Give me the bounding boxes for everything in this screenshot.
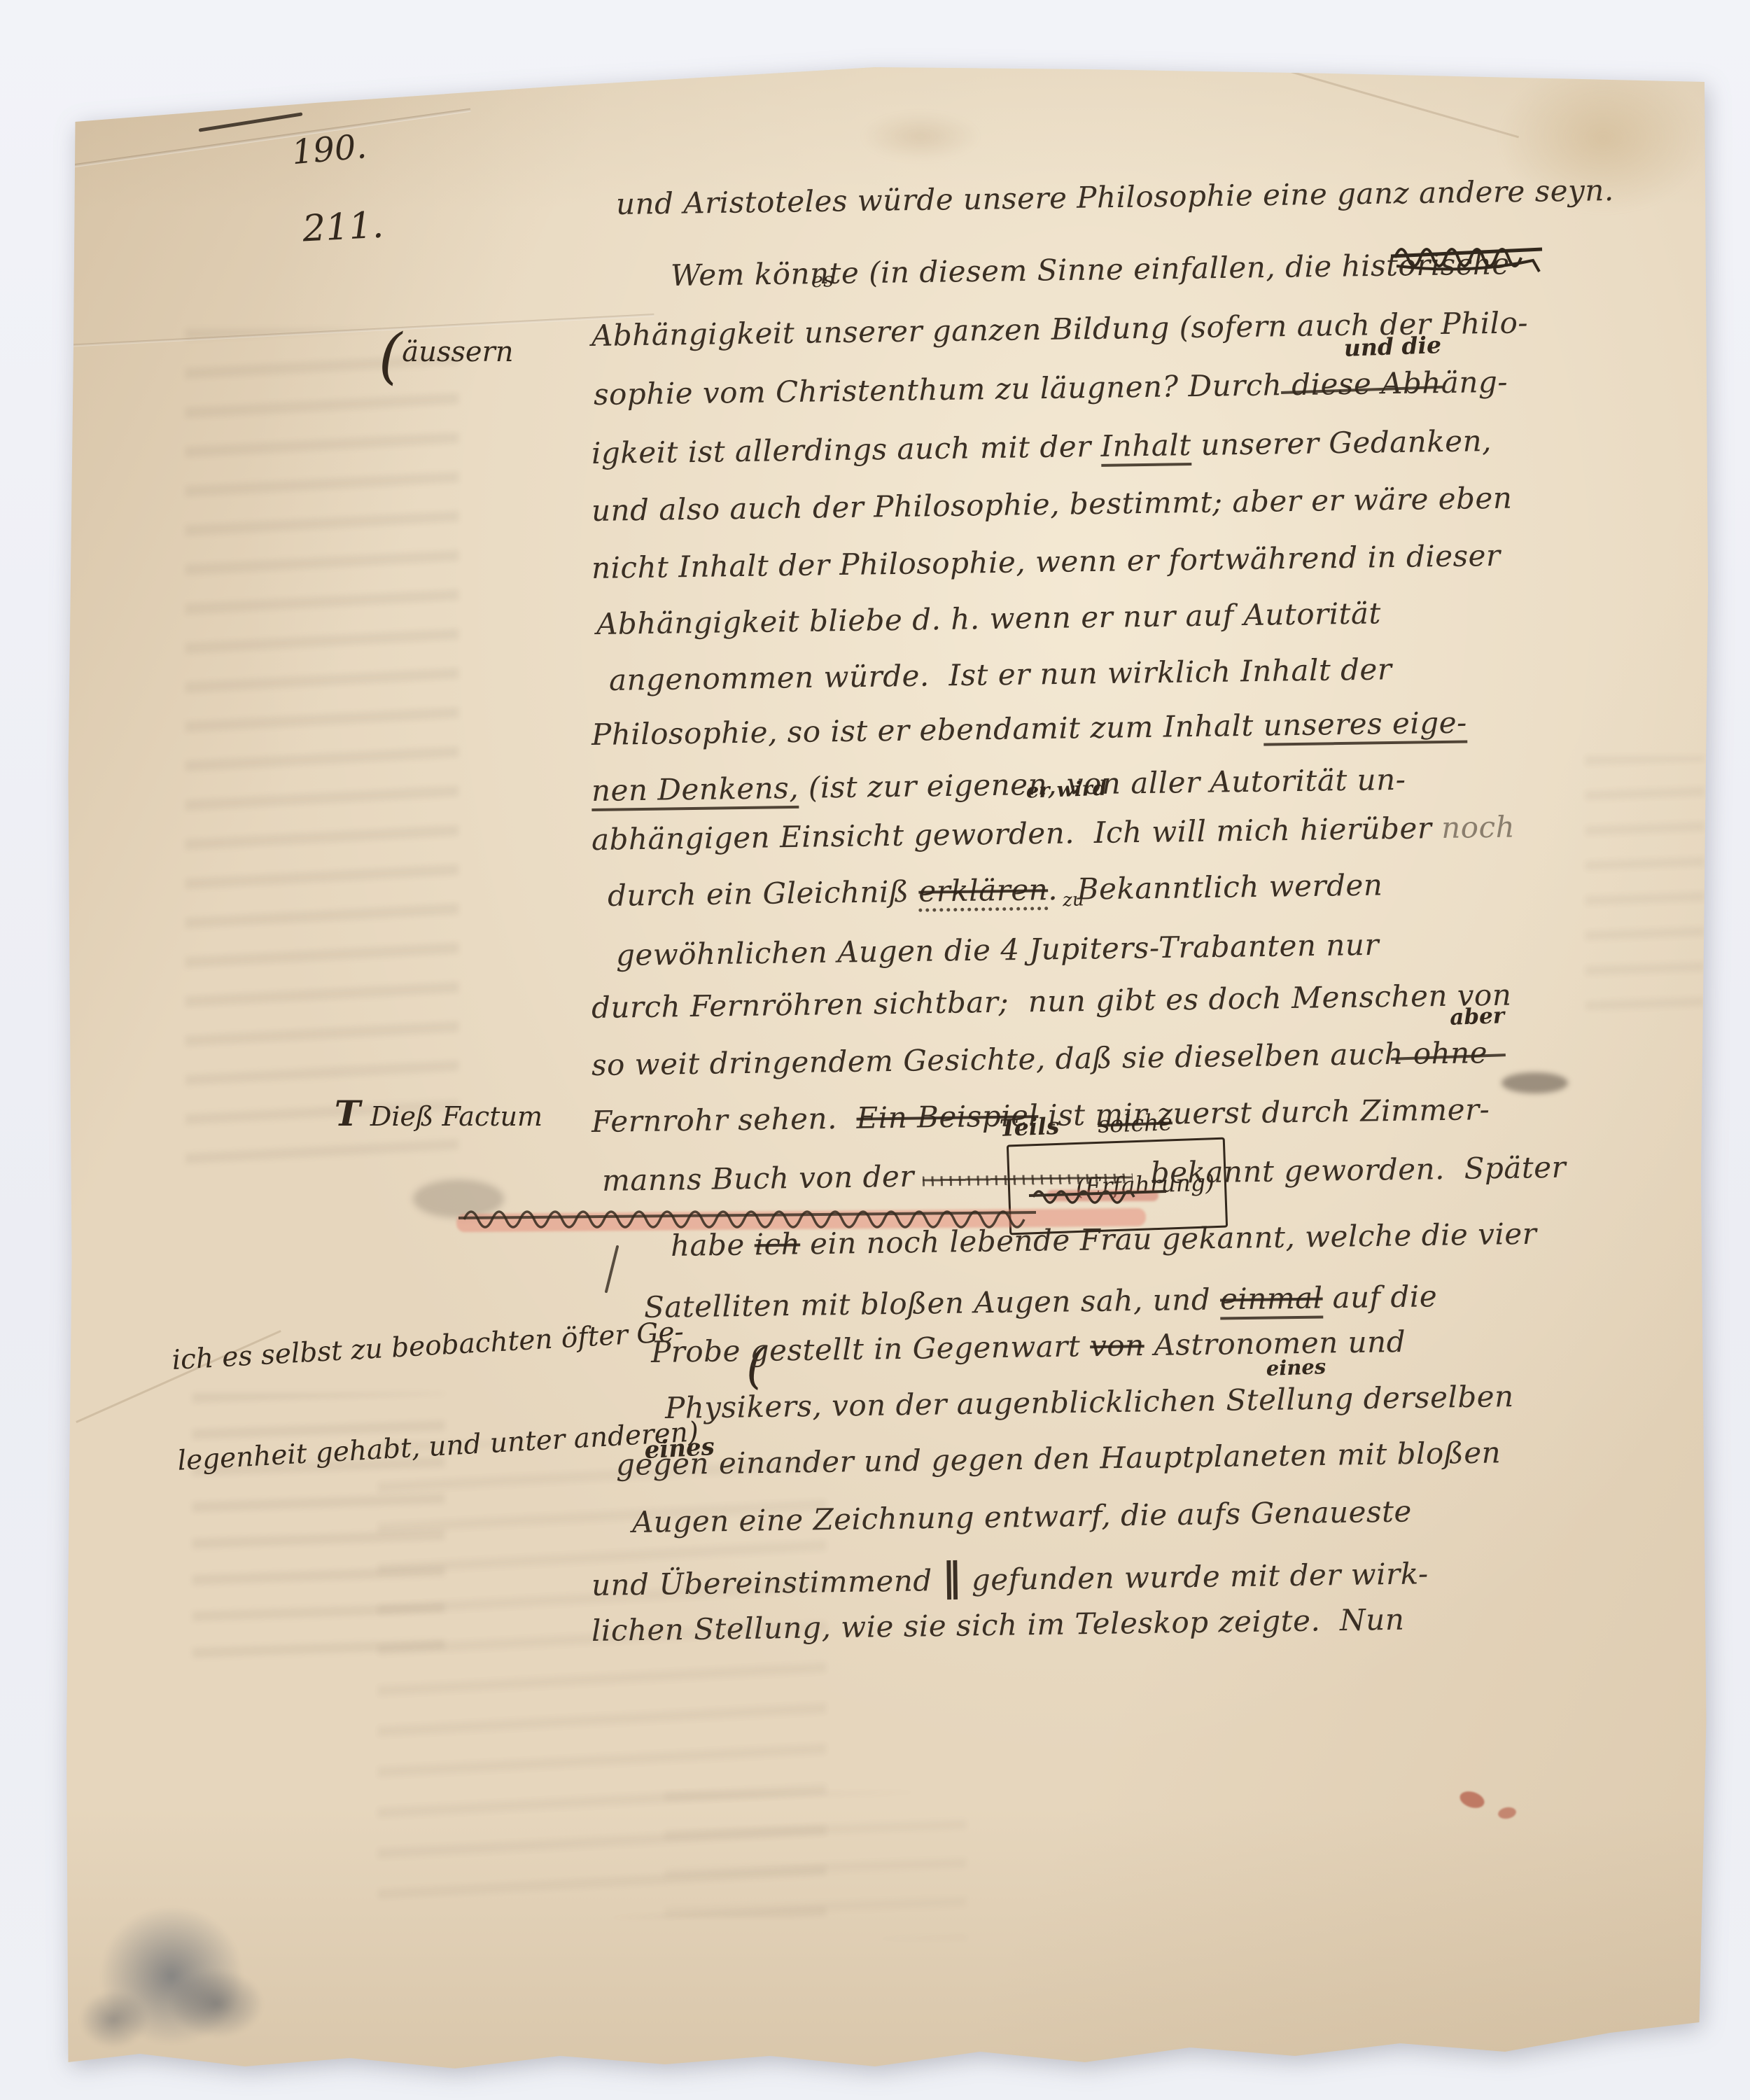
manuscript-line: und also auch der Philosophie, bestimmt;… [591, 481, 1513, 528]
struck-word: von [1090, 1328, 1144, 1363]
manuscript-line: Philosophie, so ist er ebendamit zum Inh… [591, 706, 1467, 752]
line-text: nicht Inhalt der Philosophie, wenn er fo… [591, 538, 1501, 585]
manuscript-line: igkeit ist allerdings auch mit der Inhal… [591, 423, 1492, 470]
insertion-er-wird: er wird [968, 752, 1108, 829]
insertion-er-wird-text: er wird [1025, 776, 1107, 803]
line-text: gefunden wurde mit der wirk- [962, 1556, 1429, 1597]
line-text: Probe gestellt in Gegenwart [651, 1329, 1091, 1369]
line-text: unserer Gedanken, [1191, 423, 1492, 462]
manuscript-line: durch ein Gleichniß erklären. Bekanntlic… [608, 868, 1383, 913]
insertion-und-die: und die [1278, 304, 1443, 394]
deleted-passage-scribble [458, 1200, 1039, 1233]
insertion-eines: eines [1208, 1331, 1327, 1406]
line-text: Abhängigkeit bliebe d. h. wenn er nur au… [596, 596, 1382, 641]
verso-bleedthrough [1585, 756, 1704, 1022]
insertion-aber: aber [1388, 978, 1506, 1060]
line-text: und Aristoteles würde unsere Philosophie… [616, 173, 1614, 221]
manuscript-line: und Übereinstimmend ‖ gefunden wurde mit… [591, 1547, 1429, 1605]
line-text: lichen Stellung, wie sie sich im Telesko… [591, 1602, 1405, 1648]
manuscript-line: lichen Stellung, wie sie sich im Telesko… [591, 1602, 1405, 1648]
line-text: manns Buch von der [602, 1159, 915, 1198]
manuscript-line: Physikers, von der augenblicklichen Stel… [665, 1379, 1514, 1425]
ink-blot-corner [101, 1907, 241, 2044]
page-number: 211. [206, 162, 386, 297]
red-speck [1457, 1788, 1486, 1811]
verso-bleedthrough [185, 329, 458, 1169]
margin-note-factum-text: Dieß Factum [360, 1101, 542, 1132]
underlined-word: nen Denkens, [591, 771, 799, 811]
insertion-aber-text: aber [1450, 1003, 1505, 1030]
line-text: so weit dringendem Gesichte, daß sie die… [591, 1035, 1488, 1082]
line-text: durch Fernröhren sichtbar; nun gibt es d… [591, 978, 1512, 1025]
insertion-solche-text: solche [1059, 1108, 1173, 1140]
margin-note-aussern-text: äussern [402, 336, 513, 368]
paper-shadow-wrap: 190. 211. (äussern TDieß Factum ich es s… [0, 0, 1750, 2100]
margin-note-observation: ich es selbst zu beobachten öfter Ge- le… [99, 1256, 703, 1541]
line-text: Philosophie, so ist er ebendamit zum Inh… [591, 708, 1263, 752]
fold-crease [1155, 32, 1519, 139]
line-text: Augen eine Zeichnung entwarf, die aufs G… [632, 1494, 1412, 1539]
crossed-out-scribble [1389, 231, 1550, 280]
insertion-und-die-text: und die [1343, 331, 1441, 362]
line-text: Physikers, von der augenblicklichen Stel… [665, 1379, 1514, 1425]
margin-observation-line1: ich es selbst zu beobachten öfter Ge- [171, 1316, 684, 1376]
line-text: Satelliten mit bloßen Augen sah, und [644, 1282, 1221, 1324]
manuscript-line: und Aristoteles würde unsere Philosophie… [616, 173, 1614, 221]
underlined-word: Inhalt [1100, 428, 1191, 467]
ink-smudge [1501, 1072, 1568, 1093]
red-speck [1497, 1806, 1517, 1820]
line-text: und Übereinstimmend [591, 1563, 942, 1602]
manuscript-line: nicht Inhalt der Philosophie, wenn er fo… [591, 538, 1501, 585]
manuscript-line: Augen eine Zeichnung entwarf, die aufs G… [632, 1494, 1412, 1539]
ink-blot-corner [171, 1970, 262, 2037]
scan-background: 190. 211. (äussern TDieß Factum ich es s… [0, 0, 1750, 2100]
insertion-es-text: es [811, 267, 834, 292]
manuscript-line: gewöhnlichen Augen die 4 Jupiters-Traban… [616, 927, 1380, 972]
manuscript-line: so weit dringendem Gesichte, daß sie die… [591, 1035, 1488, 1082]
struck-word: einmal [1220, 1280, 1323, 1319]
underlined-word: unseres eige- [1263, 706, 1467, 746]
insertion-caret-mark: ‖ [941, 1554, 962, 1600]
line-text: und also auch der Philosophie, bestimmt;… [591, 481, 1513, 528]
line-text: . Bekanntlich werden [1048, 868, 1383, 907]
page-number-text: 211. [302, 204, 385, 251]
struck-word-scribble [1029, 1182, 1169, 1210]
manuscript-line: durch Fernröhren sichtbar; nun gibt es d… [591, 978, 1512, 1025]
faint-word: noch [1441, 810, 1515, 845]
insertion-zu-text: zu [1063, 889, 1084, 911]
opening-paren: ( [379, 321, 402, 391]
verso-bleedthrough [665, 1792, 966, 1939]
insertion-teils-text: Teils [999, 1112, 1060, 1142]
paper-stain [861, 112, 980, 161]
line-text: auf die [1322, 1279, 1437, 1315]
manuscript-line: Abhängigkeit bliebe d. h. wenn er nur au… [596, 596, 1382, 641]
line-text: angenommen würde. Ist er nun wirklich In… [609, 652, 1392, 697]
margin-note-factum: TDieß Factum [306, 1079, 542, 1147]
caret-mark: T [335, 1093, 360, 1134]
ink-blot-corner [80, 1991, 147, 2047]
manuscript-line: angenommen würde. Ist er nun wirklich In… [609, 652, 1392, 697]
insertion-es: es [758, 244, 834, 318]
line-text: igkeit ist allerdings auch mit der [591, 429, 1101, 470]
insertion-zu: zu [1015, 868, 1085, 933]
margin-note-aussern: (äussern [350, 308, 513, 405]
manuscript-page: 190. 211. (äussern TDieß Factum ich es s… [0, 0, 1750, 2100]
line-text: durch ein Gleichniß [608, 874, 919, 913]
line-text: Fernrohr sehen. [591, 1101, 857, 1139]
insertion-eines-text: eines [1266, 1354, 1326, 1380]
line-text: gewöhnlichen Augen die 4 Jupiters-Traban… [616, 927, 1380, 972]
